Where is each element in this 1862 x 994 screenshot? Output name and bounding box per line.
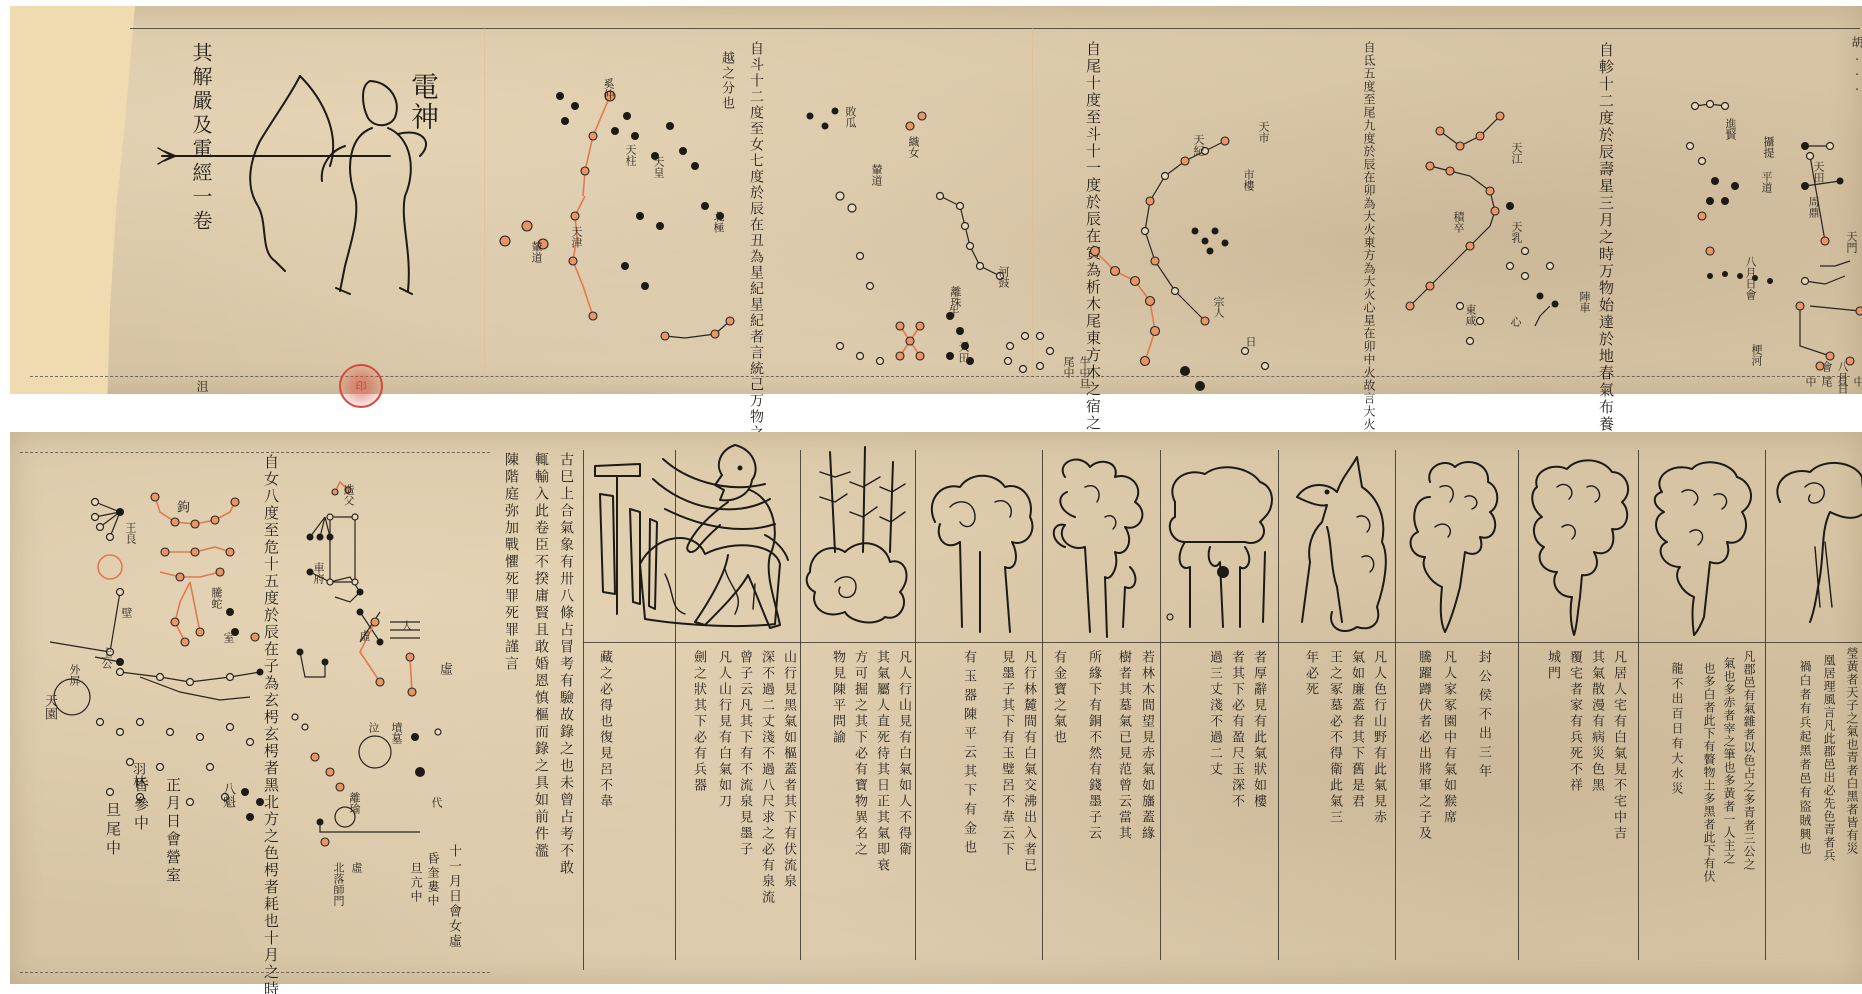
top-scroll-strip: 其解嚴及電經一卷 電神 印 沮 奚仲 天柱 天皇 北極 天津 輦道 越之分也 自…	[10, 6, 1862, 394]
passage-p3: 自尾十度至斗十一度於辰在寅為析木尾東方木之宿之初次在其間隔別水木故曰析木燕之分也	[1082, 41, 1104, 381]
panel-caption: 深不過二丈淺不過八尺求之必有泉流	[758, 650, 774, 960]
panel-caption: 也多白者此下有贅物土多黑者此下有伏	[1702, 662, 1716, 962]
panel-caption: 藏之必得也復見呂不韋	[596, 650, 612, 950]
panel-caption: 王之冢墓必不得衛此氣三	[1326, 650, 1342, 950]
red-collector-seal: 印	[339, 364, 383, 408]
asterism-label: 陣車	[1576, 291, 1592, 313]
panel-figure-cloud-1	[920, 462, 1040, 642]
panel-caption: 劍之狀其下必有兵器	[690, 650, 706, 950]
asterism-label: 人	[398, 620, 414, 631]
panel-caption: 其氣散漫有病災色黑	[1588, 650, 1604, 950]
panel-caption: 物見陳平問諭	[829, 650, 845, 950]
asterism-label: 離瑜	[346, 792, 362, 814]
asterism-label: 室	[220, 632, 236, 643]
panel-caption: 覆宅者家有兵死不祥	[1566, 650, 1582, 950]
panel-divider	[1278, 450, 1279, 960]
asterism-label: 八月日會	[1742, 256, 1758, 300]
panel-figure-cloud-5	[1400, 457, 1515, 642]
asterism-label: 天田	[955, 341, 971, 363]
asterism-label: 織女	[905, 136, 921, 158]
note-hun: 昏參中	[130, 777, 152, 834]
month-note: 牛中旦尾中	[1802, 376, 1862, 394]
note-month: 正月日會營室	[162, 777, 184, 885]
asterism-label: 輦道	[528, 241, 544, 263]
asterism-label: 天田	[1810, 161, 1826, 183]
panel-caption: 騰躍蹲伏者必出將軍之子及	[1415, 650, 1431, 950]
asterism-label: 梗河	[1748, 344, 1764, 366]
panel-figure-cloud-8	[1770, 457, 1862, 627]
margin-mark: 沮	[195, 380, 209, 393]
panel-caption: 禍白者有兵起黑者邑有盜賊興也	[1798, 660, 1812, 960]
panel-figure-cloud-6	[1522, 457, 1637, 642]
panel-figure-standing-man	[680, 440, 798, 640]
panel-caption: 若林木間望見赤氣如旛蓋緣	[1138, 650, 1154, 950]
asterism-label: 造父	[340, 484, 356, 506]
panel-caption: 凰居理風言凡此郡邑出必先色青者兵	[1822, 654, 1836, 959]
star-chart-dahuo	[1105, 121, 1365, 391]
asterism-label: 虛	[348, 862, 364, 873]
deity-title: 電神	[412, 72, 434, 132]
asterism-label: 鉤	[172, 500, 191, 513]
asterism-label: 泣	[365, 722, 381, 733]
asterism-label: 壁	[118, 607, 134, 618]
panel-divider	[583, 450, 584, 970]
intro-column-1: 古巳上合氣象有卅八條占冒考有驗故錄之也未曾占考不敢	[555, 452, 577, 972]
panel-divider	[1765, 450, 1766, 960]
asterism-label: 奚仲	[600, 78, 616, 100]
star-chart-xuanxiao-east	[320, 472, 490, 912]
asterism-label: 平道	[1758, 171, 1774, 193]
asterism-label: 北落師門	[330, 862, 346, 906]
star-chart-shouxing	[1400, 126, 1580, 386]
passage-p4: 自氐五度至尾九度於辰在卯為大火東方為大火心星在卯中火故言大火宋之分也	[1362, 41, 1376, 386]
panel-caption: 瑩黃者天子之氣也青者白黑者皆有災	[1845, 647, 1859, 957]
intro-column-2: 輒輸入此卷臣不揆庸賢且敢婚恩慎樞而錄之具如前件濫	[530, 452, 552, 972]
asterism-label: 外屏	[66, 664, 82, 686]
panel-divider	[1395, 450, 1396, 960]
panel-caption: 凡人山行見有白氣如刀	[715, 650, 731, 950]
panel-caption: 其氣屬人直死待其日正其氣即衰	[873, 650, 889, 950]
panel-figure-cloud-7	[1642, 457, 1762, 642]
passage-p6: 胡...	[1850, 36, 1862, 166]
asterism-label: 天乳	[1508, 221, 1524, 243]
panel-figure-cloud-3	[1165, 462, 1277, 642]
panel-caption: 凡郡邑有氣雜者以色占之多青者三公之	[1742, 650, 1756, 960]
asterism-label: 輦道	[868, 164, 884, 186]
panel-caption: 者其下必有盈尺玉深不	[1228, 650, 1244, 950]
panel-figure-cloud-2	[1045, 457, 1160, 642]
panel-caption: 有玉器陳平云其下有金也	[960, 650, 976, 950]
asterism-label: 宗人	[1210, 296, 1226, 318]
panel-caption: 氣如廉蓋者其下舊是君	[1348, 650, 1364, 950]
asterism-label: 天紀	[1190, 134, 1206, 156]
panel-divider	[1638, 450, 1639, 960]
passage-p2: 自斗十二度至女七度於辰在丑為星紀星紀者言統己万物之終始故曰星紀吳越之分也	[745, 41, 767, 386]
note-month-11: 十一月日會女虛	[442, 844, 464, 949]
panel-caption: 龍不出百日有大水災	[1670, 662, 1684, 962]
panel-caption: 者厚辭見有此氣狀如樓	[1250, 650, 1266, 950]
asterism-label: 天門	[1843, 231, 1859, 253]
asterism-label: 虛	[356, 630, 372, 641]
panel-caption: 曾子云凡其下有不流泉見墨子	[736, 650, 752, 960]
panel-caption: 凡人行山見有白氣如人不得衛	[895, 650, 911, 950]
xuanxiao-passage: 自女八度至危十五度於辰在子為玄枵玄枵者黑北方之色枵者耗也十月之時陽氣下降陰氣上昇…	[260, 454, 282, 974]
panel-figure-fox-cloud	[1282, 447, 1394, 642]
panel-caption: 凡人家冢園中有氣如猴席	[1440, 650, 1456, 950]
panel-caption: 方可掘之其下必有寶物異名之	[851, 650, 867, 950]
panel-caption: 過三丈淺不過二丈	[1206, 650, 1222, 950]
panel-caption: 氣也多赤者宰之筆也多黃者一人主之	[1722, 657, 1736, 962]
asterism-label: 北極	[710, 211, 726, 233]
panel-caption: 凡行林麓間有白氣交沸出入者已	[1020, 650, 1036, 950]
asterism-label: 日	[1242, 336, 1258, 347]
panel-caption: 山行見黑氣如樞蓋者其下有伏流泉	[780, 650, 796, 960]
asterism-label: 代	[428, 797, 444, 808]
lightning-deity-figure	[150, 56, 410, 296]
asterism-label: 東咸	[1462, 304, 1478, 326]
asterism-label: 市樓	[1240, 169, 1256, 191]
asterism-label: 天津	[568, 226, 584, 248]
panel-caption: 封公侯不出三年	[1475, 650, 1491, 950]
passage-p1: 越之分也	[718, 51, 734, 111]
asterism-label: 離珠	[947, 286, 963, 308]
panel-figure-trees-cloud	[805, 442, 913, 637]
asterism-label: 土公	[98, 647, 114, 669]
panel-caption: 見墨子其下有玉璧呂不韋云下	[998, 650, 1014, 950]
asterism-label: 車府	[310, 562, 326, 584]
asterism-label: 敗瓜	[842, 106, 858, 128]
month-note: 牛中旦尾中	[1060, 356, 1092, 394]
asterism-label: 虛	[435, 662, 454, 675]
asterism-label: 心	[1507, 316, 1523, 327]
torn-paper-fragment	[10, 6, 135, 394]
fold-line	[1032, 26, 1033, 376]
asterism-label: 墳墓	[388, 722, 404, 744]
asterism-label: 天園	[40, 694, 59, 720]
asterism-label: 河鼓	[995, 266, 1011, 288]
panel-caption: 凡人色行山野有此氣見赤	[1370, 650, 1386, 950]
asterism-label: 積卒	[1450, 211, 1466, 233]
panel-divider-horizontal	[583, 642, 1862, 643]
asterism-label: 天江	[1508, 142, 1524, 164]
asterism-label: 進賢	[1722, 118, 1738, 140]
asterism-label: 八魁	[218, 782, 237, 808]
asterism-label: 周鼎	[1805, 196, 1821, 218]
panel-divider	[1160, 450, 1161, 960]
panel-caption: 年必死	[1302, 650, 1318, 950]
asterism-label: 天市	[1255, 121, 1271, 143]
asterism-label: 天柱	[622, 144, 638, 166]
top-border-rule	[20, 452, 490, 453]
panel-caption: 凡居人宅有白氣見不宅中吉	[1610, 650, 1626, 950]
asterism-label: 騰蛇	[208, 587, 224, 609]
panel-caption: 樹者其墓氣已見范曾云當其	[1115, 650, 1131, 950]
panel-divider	[800, 450, 801, 960]
panel-divider	[1042, 450, 1043, 960]
panel-divider	[915, 450, 916, 960]
bottom-border-rule	[20, 972, 490, 973]
panel-caption: 所緣下有銅不然有錢墨子云	[1085, 650, 1101, 950]
top-border-rule	[130, 28, 1860, 29]
passage-p5-col1: 自軫十二度於辰壽星三月之時万物始達於地春氣布養各盡其性物不羅夭故曰壽星鄭之分也	[1595, 42, 1617, 392]
asterism-label: 攝提	[1760, 136, 1776, 158]
note-dan-11: 旦亢中	[405, 862, 427, 904]
bottom-scroll-strip: 鉤 王良 騰蛇 壁 室 土公 外屏 天園 羽林 八魁 旦尾中 昏參中 正月日會營…	[10, 432, 1862, 984]
panel-caption: 城門	[1544, 650, 1560, 950]
asterism-label: 天皇	[650, 156, 666, 178]
panel-caption: 有金寶之氣也	[1050, 650, 1066, 950]
note-dan: 旦尾中	[102, 802, 124, 859]
asterism-label: 王良	[122, 522, 138, 544]
intro-column-3: 陳階庭弥加戰懼死罪死罪謹言	[500, 452, 522, 752]
panel-divider	[1518, 450, 1519, 960]
